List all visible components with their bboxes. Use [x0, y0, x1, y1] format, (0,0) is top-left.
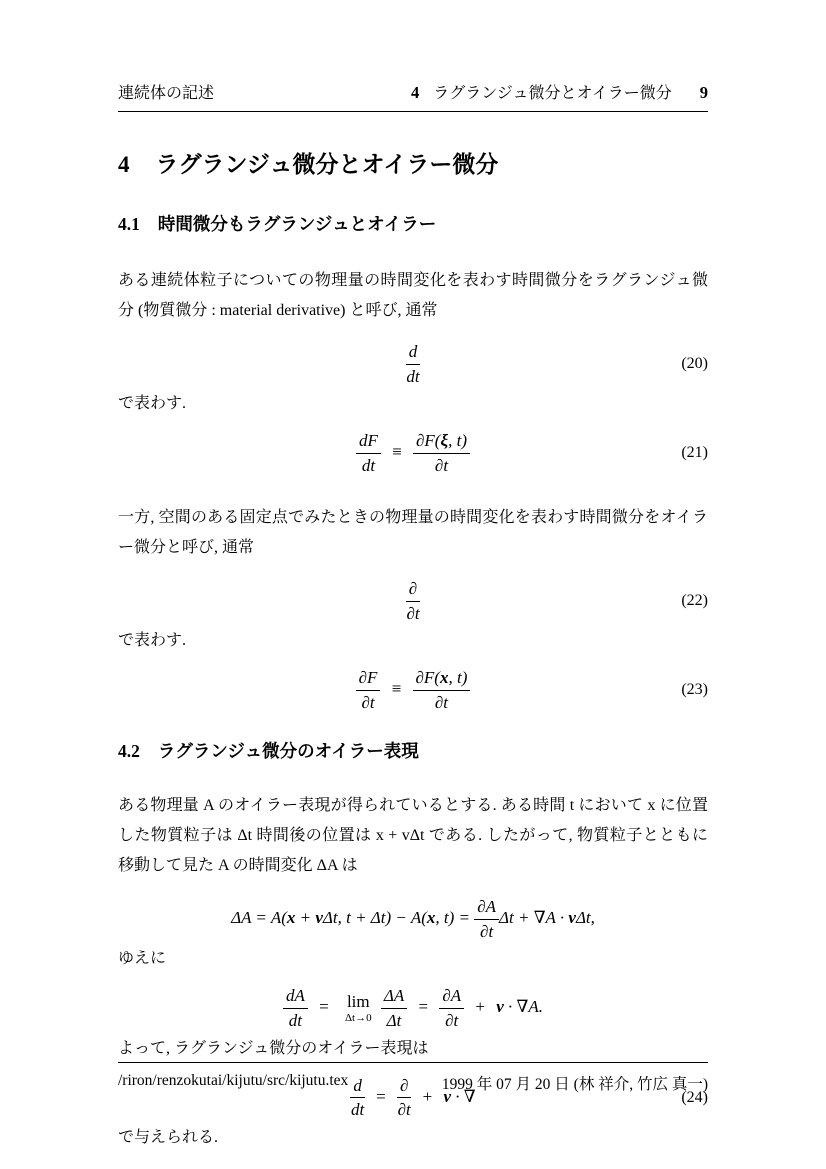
page-footer: /riron/renzokutai/kijutu/src/kijutu.tex …: [118, 1062, 708, 1094]
subsection-title-text: ラグランジュ微分のオイラー表現: [158, 738, 419, 763]
subsection-heading-4-2: 4.2 ラグランジュ微分のオイラー表現: [118, 738, 708, 763]
fraction-numerator: ∂F(x, t): [413, 668, 471, 691]
equation-number: (22): [681, 592, 708, 610]
math-segment: Δt,: [576, 908, 595, 927]
fraction: dA dt: [283, 986, 308, 1030]
fraction-denominator: ∂t: [474, 920, 499, 942]
section-title-text: ラグランジュ微分とオイラー微分: [156, 146, 499, 179]
math-segment: +: [295, 908, 315, 927]
fraction: ∂F(ξ, t) ∂t: [413, 431, 470, 475]
vector-xi: ξ: [440, 431, 448, 450]
fraction-denominator: ∂t: [356, 691, 381, 713]
page-number: 9: [700, 83, 708, 103]
fraction-numerator: ∂A: [439, 986, 464, 1009]
fraction-denominator: ∂t: [413, 454, 470, 476]
math-segment: ∂F(: [416, 668, 440, 687]
section-heading: 4 ラグランジュ微分とオイラー微分: [118, 146, 708, 179]
limit-subscript: Δt→0: [345, 1013, 372, 1024]
subsection-title-text: 時間微分もラグランジュとオイラー: [158, 211, 436, 236]
math-segment: ∂F(: [416, 431, 440, 450]
fraction-numerator: d: [406, 342, 421, 365]
equation-number: (20): [681, 355, 708, 373]
text-de-ataerareru: で与えられる.: [118, 1127, 708, 1149]
fraction-numerator: ∂A: [474, 897, 499, 920]
fraction-denominator: dt: [350, 1098, 365, 1120]
equation-21: dF dt ≡ ∂F(ξ, t) ∂t (21): [118, 431, 708, 475]
plus-symbol: +: [475, 997, 485, 1016]
equation-number: (23): [681, 681, 708, 699]
document-page: 連続体の記述 4 ラグランジュ微分とオイラー微分 9 4 ラグランジュ微分とオイ…: [0, 0, 826, 1169]
fraction: ∂A∂t: [474, 897, 499, 941]
fraction: ∂A ∂t: [439, 986, 464, 1030]
fraction: ∂F(x, t) ∂t: [413, 668, 471, 712]
paragraph-lagrange-def: ある連続体粒子についての物理量の時間変化を表わす時間微分をラグランジュ微分 (物…: [118, 266, 708, 326]
equation-number: (21): [681, 444, 708, 462]
fraction-numerator: ∂: [406, 579, 420, 602]
text-de-arawasu-1: で表わす.: [118, 393, 708, 415]
fraction: dF dt: [356, 431, 381, 475]
running-head-left: 連続体の記述: [118, 80, 214, 103]
math-segment: Δt + ∇A ·: [499, 908, 568, 927]
fraction-denominator: ∂t: [439, 1009, 464, 1031]
equation-23: ∂F ∂t ≡ ∂F(x, t) ∂t (23): [118, 668, 708, 712]
fraction: ΔA Δt: [381, 986, 407, 1030]
fraction-denominator: dt: [406, 365, 421, 387]
limit-operator: lim Δt→0: [345, 993, 372, 1024]
math-segment: , t): [448, 668, 467, 687]
equiv-symbol: ≡: [392, 442, 402, 461]
fraction-numerator: ΔA: [381, 986, 407, 1009]
fraction-denominator: dt: [356, 454, 381, 476]
text-de-arawasu-2: で表わす.: [118, 630, 708, 652]
vector-v: v: [496, 997, 504, 1016]
fraction-numerator: ∂F(ξ, t): [413, 431, 470, 454]
text-yueni: ゆえに: [118, 948, 708, 970]
equals-symbol: =: [418, 997, 428, 1016]
math-segment: Δt, t + Δt) − A(: [323, 908, 427, 927]
fraction-numerator: dF: [356, 431, 381, 454]
fraction: ∂ ∂t: [406, 579, 420, 623]
vector-v: v: [568, 908, 576, 927]
running-head-right: 4 ラグランジュ微分とオイラー微分 9: [411, 80, 708, 103]
math-segment: , t): [448, 431, 467, 450]
subsection-number: 4.2: [118, 741, 140, 762]
equiv-symbol: ≡: [392, 679, 402, 698]
running-head-section-title: ラグランジュ微分とオイラー微分: [433, 80, 671, 103]
math-segment: ΔA = A(: [231, 908, 287, 927]
equation-22: ∂ ∂t (22): [118, 579, 708, 623]
text-yotte: よって, ラグランジュ微分のオイラー表現は: [118, 1038, 708, 1060]
fraction-numerator: dA: [283, 986, 308, 1009]
fraction-denominator: ∂t: [413, 691, 471, 713]
fraction: ∂F ∂t: [356, 668, 381, 712]
fraction: d dt: [406, 342, 421, 386]
section-number: 4: [118, 152, 130, 178]
fraction-denominator: ∂t: [406, 602, 420, 624]
footer-date-authors: 1999 年 07 月 20 日 (林 祥介, 竹広 真一): [442, 1072, 708, 1094]
running-head: 連続体の記述 4 ラグランジュ微分とオイラー微分 9: [118, 80, 708, 112]
math-segment: · ∇A.: [504, 997, 543, 1016]
fraction-numerator: ∂F: [356, 668, 381, 691]
fraction-denominator: ∂t: [397, 1098, 411, 1120]
vector-v: v: [315, 908, 323, 927]
equation-material-derivative: dA dt = lim Δt→0 ΔA Δt = ∂A ∂t + v · ∇A.: [118, 986, 708, 1030]
footer-file-path: /riron/renzokutai/kijutu/src/kijutu.tex: [118, 1072, 348, 1094]
fraction-denominator: Δt: [381, 1009, 407, 1031]
equation-20: d dt (20): [118, 342, 708, 386]
fraction-denominator: dt: [283, 1009, 308, 1031]
running-head-section-number: 4: [411, 83, 419, 103]
math-segment: , t) =: [435, 908, 474, 927]
paragraph-euler-def: 一方, 空間のある固定点でみたときの物理量の時間変化を表わす時間微分をオイラー微…: [118, 503, 708, 563]
limit-text: lim: [345, 993, 372, 1010]
paragraph-euler-expression: ある物理量 A のオイラー表現が得られているとする. ある時間 t において x…: [118, 791, 708, 881]
equals-symbol: =: [319, 997, 329, 1016]
equation-delta-a: ΔA = A(x + vΔt, t + Δt) − A(x, t) = ∂A∂t…: [118, 897, 708, 941]
subsection-heading-4-1: 4.1 時間微分もラグランジュとオイラー: [118, 211, 708, 236]
subsection-number: 4.1: [118, 214, 140, 235]
